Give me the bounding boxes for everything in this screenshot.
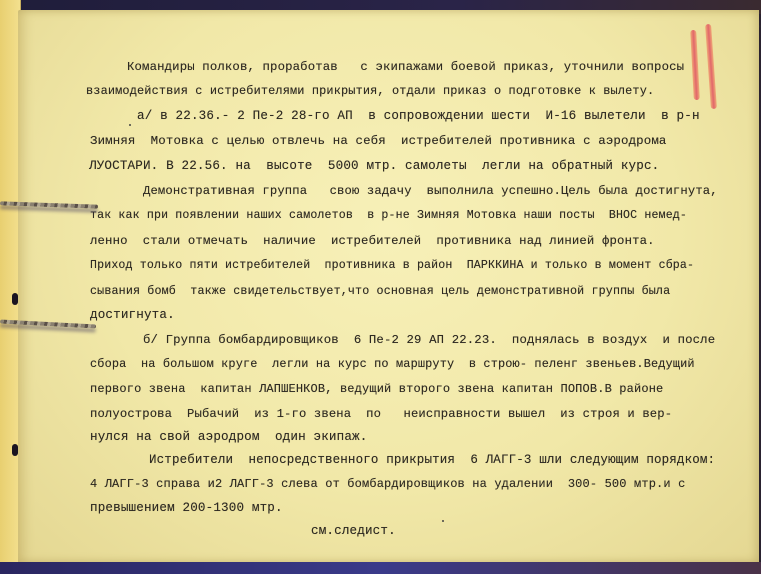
text-line-14: первого звена капитан ЛАПШЕНКОВ, ведущий… [90, 382, 663, 396]
text-line-16: нулся на свой аэродром один экипаж. [90, 430, 367, 444]
binding-hole [12, 444, 18, 456]
red-folio-mark-stroke-2 [705, 24, 717, 109]
text-line-18: 4 ЛАГГ-3 справа и2 ЛАГГ-3 слева от бомба… [90, 477, 685, 491]
text-line-7: так как при появлении наших самолетов в … [90, 209, 687, 222]
ink-speck [442, 520, 444, 522]
text-line-2: взаимодействия с истребителями прикрытия… [86, 84, 654, 98]
text-line-11: достигнута. [90, 308, 175, 322]
text-line-15: полуострова Рыбачий из 1-го звена по неи… [90, 407, 672, 421]
text-line-6: Демонстративная группа свою задачу выпол… [143, 184, 718, 198]
binder-bottom-edge [0, 562, 761, 574]
binding-hole [12, 293, 18, 305]
text-line-5: ЛУОСТАРИ. В 22.56. на высоте 5000 мтр. с… [89, 159, 659, 173]
typewritten-page: " Командиры полков, проработав с экипажа… [18, 10, 759, 563]
text-line-12: б/ Группа бомбардировщиков 6 Пе-2 29 АП … [143, 333, 715, 347]
red-folio-mark-stroke-1 [690, 30, 700, 100]
ink-speck [129, 124, 131, 126]
text-line-1: Командиры полков, проработав с экипажами… [127, 60, 684, 74]
text-line-19: превышением 200-1300 мтр. [90, 501, 283, 515]
text-line-13: сбора на большом круге легли на курс по … [90, 357, 695, 371]
text-line-8: ленно стали отмечать наличие истребителе… [90, 234, 655, 248]
text-line-17: Истребители непосредственного прикрытия … [149, 453, 715, 467]
text-line-20-see-next-page: см.следист. [311, 524, 396, 538]
text-line-4: Зимняя Мотовка с целью отвлечь на себя и… [90, 134, 667, 148]
text-line-3: а/ в 22.36.- 2 Пе-2 28-го АП в сопровожд… [137, 109, 700, 123]
text-line-10: сывания бомб также свидетельствует,что о… [90, 284, 670, 298]
text-line-9: Приход только пяти истребителей противни… [90, 259, 694, 272]
